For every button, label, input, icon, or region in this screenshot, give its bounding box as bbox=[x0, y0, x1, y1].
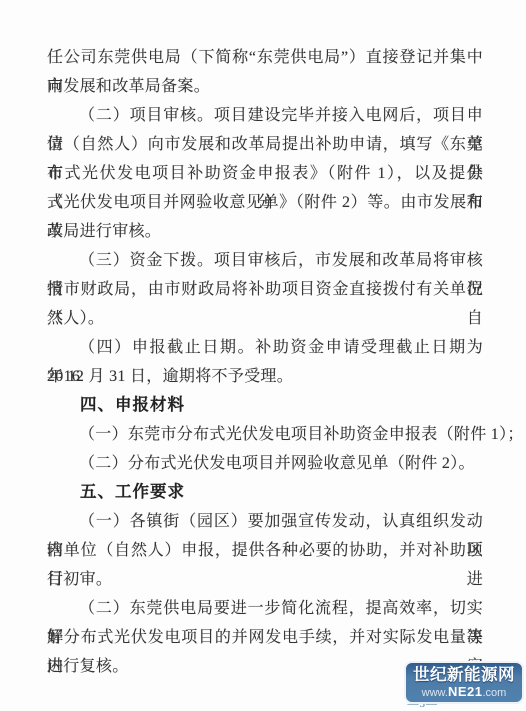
ne21-watermark-logo: 世纪新能源网 www.NE21.com bbox=[404, 661, 524, 704]
text-line: 革局进行审核。 bbox=[47, 217, 483, 246]
text-line: （一）各镇街（园区）要加强宣传发动，认真组织发动辖区 bbox=[47, 507, 483, 536]
document-body: 任公司东莞供电局（下简称“东莞供电局”）直接登记并集中向 市发展和改革局备案。 … bbox=[47, 43, 483, 681]
text-line: （二）分布式光伏发电项目并网验收意见单（附件 2）。 bbox=[47, 449, 483, 478]
text-line: （二）项目审核。项目建设完毕并接入电网后，项目申请单 bbox=[47, 101, 483, 130]
text-line: 报市财政局，由市财政局将补助项目资金直接拨付有关单位（自 bbox=[47, 275, 483, 304]
scanned-document-page: 任公司东莞供电局（下简称“东莞供电局”）直接登记并集中向 市发展和改革局备案。 … bbox=[0, 0, 526, 711]
watermark-url: www.NE21.com bbox=[422, 685, 507, 700]
watermark-site-name: 世纪新能源网 bbox=[413, 666, 515, 684]
text-line: 任公司东莞供电局（下简称“东莞供电局”）直接登记并集中向 bbox=[47, 43, 483, 72]
text-line: 内单位（自然人）申报，提供各种必要的协助，并对补助项目进 bbox=[47, 536, 483, 565]
text-line: （二）东莞供电局要进一步简化流程，提高效率，切实解决 bbox=[47, 594, 483, 623]
text-line: 市发展和改革局备案。 bbox=[47, 72, 483, 101]
section-heading: 四、申报材料 bbox=[47, 391, 483, 420]
text-line: （四）申报截止日期。补助资金申请受理截止日期为 2016 bbox=[47, 333, 483, 362]
watermark-url-prefix: www. bbox=[422, 687, 448, 699]
text-line: （一）东莞市分布式光伏发电项目补助资金申报表（附件 1）； bbox=[47, 420, 483, 449]
text-line: （三）资金下拨。项目审核后，市发展和改革局将审核情况 bbox=[47, 246, 483, 275]
watermark-url-domain: NE21 bbox=[448, 684, 483, 699]
text-line: 好分布式光伏发电项目的并网发电手续，并对实际发电量等内容 bbox=[47, 623, 483, 652]
section-heading: 五、工作要求 bbox=[47, 478, 483, 507]
text-line: 年 12 月 31 日，逾期将不予受理。 bbox=[47, 362, 483, 391]
text-line: 式光伏发电项目并网验收意见单》（附件 2）等。由市发展和改 bbox=[47, 188, 483, 217]
text-line: 布式光伏发电项目补助资金申报表》（附件 1），以及提供《分布 bbox=[47, 159, 483, 188]
text-line: 位（自然人）向市发展和改革局提出补助申请，填写《东莞市分 bbox=[47, 130, 483, 159]
watermark-url-suffix: .com bbox=[482, 687, 506, 699]
